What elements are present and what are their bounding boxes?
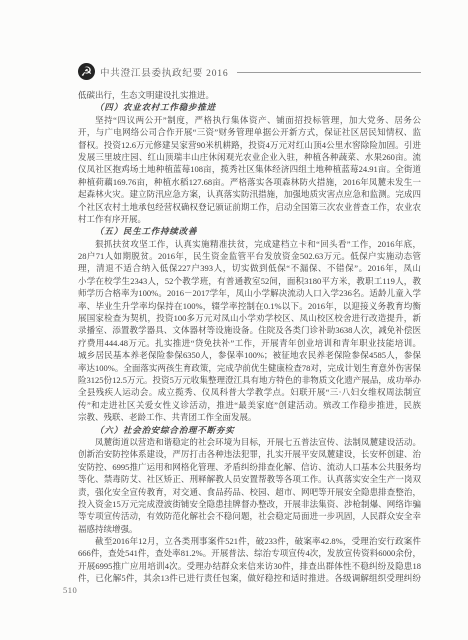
text-line: （四）农业农村工作稳步推进 — [78, 101, 421, 113]
text-line: 率、毕业生升学率均保持在100%，辍学率控制在0.1%以下。2016年，以迎接义… — [78, 300, 421, 312]
text-line: 展国家检查为契机，投资100多万元对凤山小学劝学校区、凤山校区校舍进行改造提升，… — [78, 312, 421, 324]
text-line: 投入资金15万元完成澄波街铺安全隐患挂牌督办整改，开展非法集资、涉枪制爆、网络诈… — [78, 498, 421, 510]
text-line: 凤麓街道以营造和谐稳定的社会环境为目标，开展七五普法宣传、法制凤麓建设活动。 — [78, 436, 421, 448]
text-line: 种植荷藕169.76亩，种植水稻127.68亩。严格落实各项森林防火措施，201… — [78, 176, 421, 188]
text-line: 仪凤社区抱鸡场土地种植蓝莓108亩，揽秀社区集体经济四组土地种植蓝莓24.91亩… — [78, 163, 421, 175]
text-line: 创新治安防控体系建设，严厉打击各种违法犯罪，扎实开展平安凤麓建设，长安杯创建、治 — [78, 448, 421, 460]
text-line: 小学在校学生2343人，52个教学班，有普通教室52间，面积3180平方米，教职… — [78, 275, 421, 287]
text-line: （五）民生工作持续改善 — [78, 225, 421, 237]
text-line: 福感持续增强。 — [78, 523, 421, 535]
scanned-document-page: ☭ 中共澄江县委执政纪要 2016 低碳出行，生态文明建设扎实推进。（四）农业农… — [0, 0, 468, 640]
text-line: 传”和走进社区关爱女性义诊活动，推进“最美家庭”创建活动。殡改工作稳步推进，民族 — [78, 399, 421, 411]
text-line: 全县残疾人运动会。成立揽秀、仪凤科普大学教学点。妇联开展“三·八妇女维权周法制宣 — [78, 386, 421, 398]
text-line: 截至2016年12月，立各类刑事案件521件，破233件，破案率42.8%，受理… — [78, 535, 421, 547]
text-line: 666件，查处541件，查处率81.2%。开展普法、综治专项宣传4次，发放宣传资… — [78, 547, 421, 559]
party-emblem-icon: ☭ — [78, 63, 95, 80]
text-line: 起森林火灾。建立防汛应急方案，认真落实防汛措施，加强地质灾害点应急和监测。完成四 — [78, 188, 421, 200]
document-body: 低碳出行，生态文明建设扎实推进。（四）农业农村工作稳步推进坚持“四议两公开”制度… — [78, 89, 421, 585]
text-line: 督权。投资12.6万元修建吴家营90米机耕路，投资4万元对红山顶4公里水窖除险加… — [78, 139, 421, 151]
page-number: 510 — [63, 585, 77, 595]
text-line: 率达100%。全面落实两孩生育政策，完成孕前优生健康检查78对，完成计划生育意外… — [78, 362, 421, 374]
text-line: 师学历合格率为100%。2016－2017学年，凤山小学解决流动人口入学236名… — [78, 287, 421, 299]
text-line: 狠抓扶贫攻坚工作，认真实施精准扶贫，完成建档立卡和“回头看”工作，2016年底， — [78, 238, 421, 250]
text-line: 发展三里坡庄园、红山顶瑞丰山庄休闲观光农业企业入驻，种植各种蔬菜、水果260亩。… — [78, 151, 421, 163]
text-line: 责，强化安全宣传教育，对交通、食品药品、校园、超市、网吧等开展安全隐患排查整治， — [78, 486, 421, 498]
text-line: 坚持“四议两公开”制度，严格执行集体资产、铺面招投标管理，加大党务、居务公 — [78, 114, 421, 126]
text-line: 安防控、6995推广运用和网格化管理、矛盾纠纷排查化解、信访、流动人口基本公共服… — [78, 461, 421, 473]
header-rule — [237, 72, 421, 73]
text-line: 等专项宣传活动，有效防范化解社会不稳问题，社会稳定局面进一步巩固，人民群众安全幸 — [78, 510, 421, 522]
text-line: 件，已化解5件，其余13件已进行责任包案，做好稳控和适时推进。各级调解组织受理纠… — [78, 572, 421, 584]
text-line: 宗教、残联、老龄工作、共青团工作全面发展。 — [78, 411, 421, 423]
text-line: 村工作有序开展。 — [78, 213, 421, 225]
text-line: 开，与广电网络公司合作开展“三资”财务管理单据公开新方式，保证社区居民知情权、监 — [78, 126, 421, 138]
text-line: 险3125份12.5万元。投资5万元收集整理澄江具有地方特色的非物质文化遗产展品… — [78, 374, 421, 386]
document-title: 中共澄江县委执政纪要 2016 — [100, 65, 228, 79]
text-line: 理，清退不适合纳入低保227户393人，切实做到低保“不漏保、不错保”。2016… — [78, 262, 421, 274]
text-line: （六）社会治安综合治理不断夯实 — [78, 424, 421, 436]
text-line: 等化、禁毒防艾、社区矫正、刑释解教人员安置帮教等各项工作。认真落实安全生产一岗双 — [78, 473, 421, 485]
text-line: 个社区农村土地承包经营权确权登记颁证前期工作，启动全国第三次农业普查工作，农业农 — [78, 201, 421, 213]
text-line: 录播室、添置教学器具、文体器材等设施设备。住院及各类门诊补助3638人次，减免补… — [78, 324, 421, 336]
page-header: ☭ 中共澄江县委执政纪要 2016 — [78, 63, 421, 80]
text-line: 开展6995推广应用培训4次。受理办结群众来信来访30件，排查出群体性不稳纠纷及… — [78, 560, 421, 572]
text-line: 28户71人如期脱贫。2016年，民生资金监管平台发放资金502.63万元。低保… — [78, 250, 421, 262]
text-line: 城乡居民基本养老保险参保6350人，参保率100%；被征地农民养老保险参保458… — [78, 349, 421, 361]
text-line: 疗费用444.48万元。扎实推进“贷免扶补”工作，开展青年创业培训和青年职业技能… — [78, 337, 421, 349]
text-line: 低碳出行，生态文明建设扎实推进。 — [78, 89, 421, 101]
